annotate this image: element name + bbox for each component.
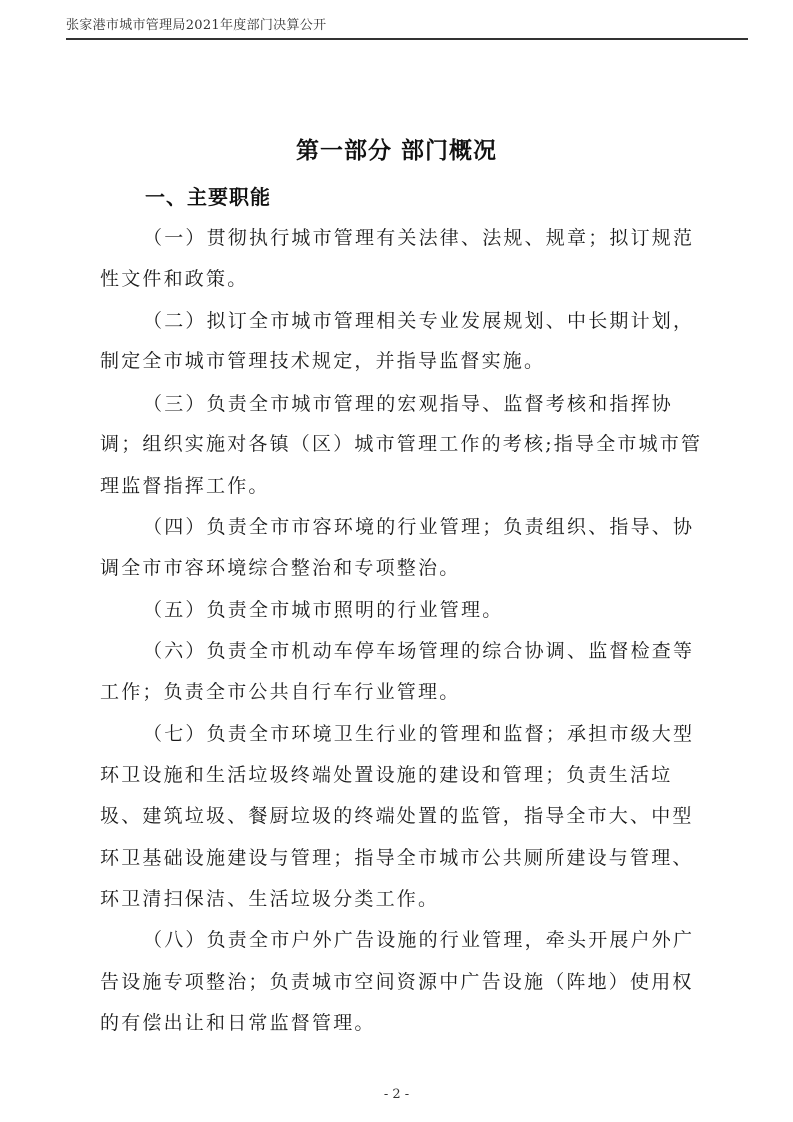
paragraph-line: （二）拟订全市城市管理相关专业发展规划、中长期计划， [143, 306, 694, 333]
paragraph-line: （八）负责全市户外广告设施的行业管理，牵头开展户外广 [143, 925, 694, 952]
paragraph-line: （七）负责全市环境卫生行业的管理和监督；承担市级大型 [143, 719, 694, 746]
paragraph-line: （六）负责全市机动车停车场管理的综合协调、监督检查等 [143, 636, 694, 663]
paragraph-line: 环卫设施和生活垃圾终端处置设施的建设和管理；负责生活垃 [100, 760, 672, 787]
paragraph-line: 圾、建筑垃圾、餐厨垃圾的终端处置的监管，指导全市大、中型 [100, 801, 694, 828]
page-title: 第一部分 部门概况 [0, 132, 793, 165]
section-heading: 一、主要职能 [145, 181, 271, 210]
paragraph-line: 的有偿出让和日常监督管理。 [100, 1008, 376, 1035]
page-number: - 2 - [0, 1087, 793, 1102]
paragraph-line: 环卫基础设施建设与管理；指导全市城市公共厕所建设与管理、 [100, 843, 694, 870]
paragraph-line: （一）贯彻执行城市管理有关法律、法规、规章；拟订规范 [143, 223, 694, 250]
running-header: 张家港市城市管理局2021年度部门决算公开 [66, 14, 746, 33]
paragraph-line: 调全市市容环境综合整治和专项整治。 [100, 553, 460, 580]
paragraph-line: 环卫清扫保洁、生活垃圾分类工作。 [100, 884, 439, 911]
paragraph-line: 工作；负责全市公共自行车行业管理。 [100, 677, 460, 704]
paragraph-line: 理监督指挥工作。 [100, 471, 270, 498]
paragraph-line: （三）负责全市城市管理的宏观指导、监督考核和指挥协 [143, 389, 673, 416]
paragraph-line: 制定全市城市管理技术规定，并指导监督实施。 [100, 346, 545, 373]
header-divider [66, 38, 748, 40]
paragraph-line: 调；组织实施对各镇（区）城市管理工作的考核;指导全市城市管 [100, 429, 702, 456]
paragraph-line: （五）负责全市城市照明的行业管理。 [143, 595, 503, 622]
paragraph-line: 告设施专项整治；负责城市空间资源中广告设施（阵地）使用权 [100, 967, 694, 994]
paragraph-line: （四）负责全市市容环境的行业管理；负责组织、指导、协 [143, 512, 694, 539]
paragraph-line: 性文件和政策。 [100, 264, 248, 291]
